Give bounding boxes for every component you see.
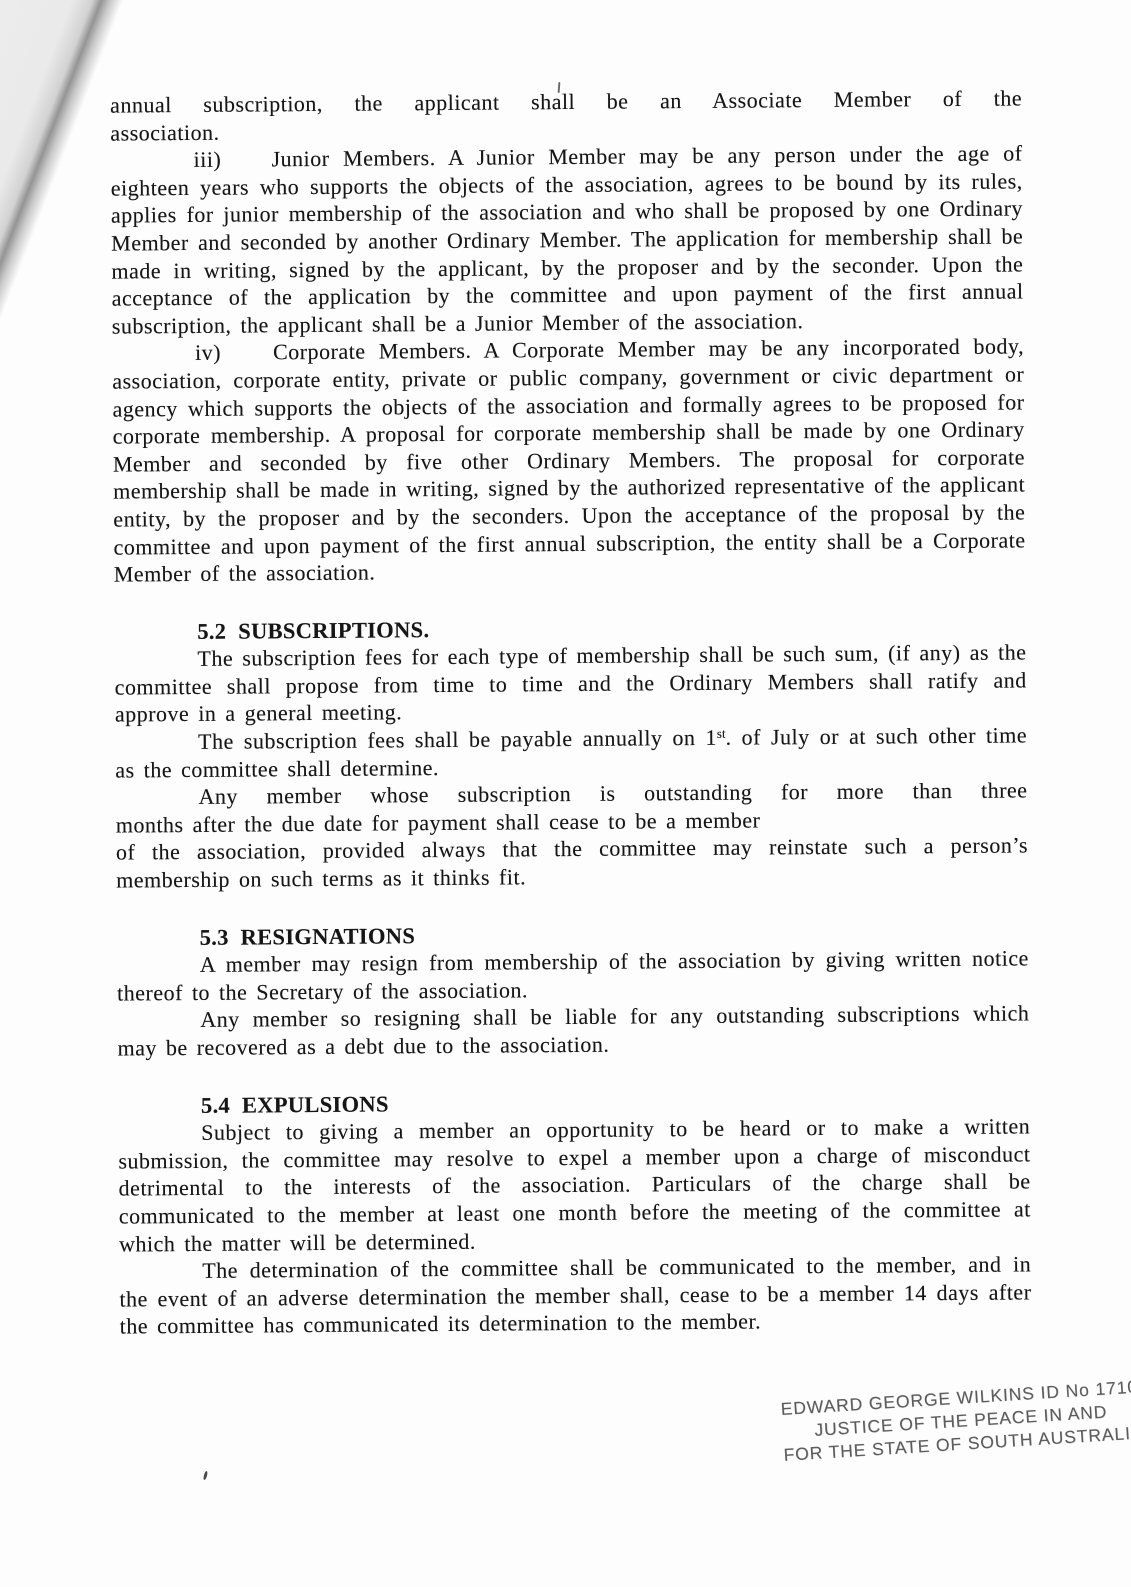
paragraph: The subscription fees shall be payable a…: [115, 721, 1027, 783]
scanned-document-page: annual subscription, the applicant shall…: [0, 0, 1131, 1587]
list-item-label: iii): [193, 146, 271, 174]
paragraph: Subject to giving a member an opportunit…: [118, 1113, 1031, 1258]
superscript: st: [717, 726, 726, 741]
paragraph: The subscription fees for each type of m…: [114, 639, 1027, 729]
justice-of-the-peace-stamp: EDWARD GEORGE WILKINS ID No 17107 JUSTIC…: [780, 1376, 1131, 1467]
paragraph: A member may resign from membership of t…: [117, 945, 1029, 1007]
list-item-label: iv): [195, 339, 273, 367]
paragraph: iii)Junior Members. A Junior Member may …: [110, 140, 1023, 340]
paragraph: of the association, provided always that…: [116, 832, 1028, 894]
scan-artifact: [203, 1471, 208, 1480]
text-block: annual subscription, the applicant shall…: [110, 84, 1032, 1340]
paragraph: iv)Corporate Members. A Corporate Member…: [112, 333, 1026, 588]
paragraph: Any member so resigning shall be liable …: [117, 1000, 1029, 1062]
paragraph: The determination of the committee shall…: [119, 1251, 1032, 1341]
